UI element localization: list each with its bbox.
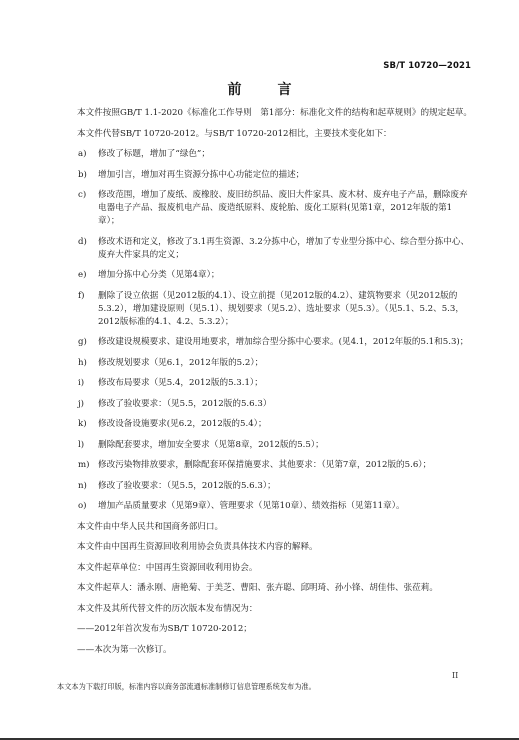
statement-drafting-unit: 本文件起草单位：中国再生资源回收利用协会。 — [57, 562, 473, 575]
list-item: b)增加引言，增加对再生资源分拣中心功能定位的描述； — [57, 169, 473, 182]
list-item-text: 增加产品质量要求（见第9章）、管理要求（见第10章）、绩效指标（见第11章）。 — [98, 500, 473, 513]
list-item-text: 修改建设规模要求、建设用地要求，增加综合型分拣中心要求。(见4.1，2012年版… — [98, 336, 473, 349]
list-marker: l) — [57, 439, 98, 452]
list-item-text: 增加引言，增加对再生资源分拣中心功能定位的描述； — [98, 169, 473, 182]
list-item: n)修改了验收要求：（见5.5，2012版的5.6.3）； — [57, 480, 473, 493]
list-item: l)删除配套要求，增加安全要求（见第8章，2012版的5.5）； — [57, 439, 473, 452]
list-item: i)修改布局要求（见5.4，2012版的5.3.1）； — [57, 377, 473, 390]
list-item-text: 删除了设立依据（见2012版的4.1）、设立前提（见2012版的4.2）、建筑物… — [98, 290, 473, 329]
list-item: o)增加产品质量要求（见第9章）、管理要求（见第10章）、绩效指标（见第11章）… — [57, 500, 473, 513]
list-item-text: 增加分拣中心分类（见第4章）； — [98, 269, 473, 282]
list-marker: i) — [57, 377, 98, 390]
list-item-text: 修改了验收要求：（见5.5，2012版的5.6.3） — [98, 398, 473, 411]
page-number: II — [452, 671, 458, 680]
list-marker: e) — [57, 269, 98, 282]
list-item: m)修改污染物排放要求，删除配套环保措施要求、其他要求：（见第7章，2012版的… — [57, 459, 473, 472]
list-item-text: 修改规划要求（见6.1，2012年版的5.2）； — [98, 357, 473, 370]
list-item: a)修改了标题，增加了“绿色”； — [57, 148, 473, 161]
intro-paragraph-2: 本文件代替SB/T 10720-2012。与SB/T 10720-2012相比，… — [57, 128, 473, 141]
statement-drafters: 本文件起草人：潘永刚、唐艳菊、于美芝、曹阳、张卉聪、邱明琦、孙小锋、胡佳伟、张莅… — [57, 582, 473, 595]
list-marker: b) — [57, 169, 98, 182]
list-item-text: 修改了标题，增加了“绿色”； — [98, 148, 473, 161]
changes-list: a)修改了标题，增加了“绿色”； b)增加引言，增加对再生资源分拣中心功能定位的… — [57, 148, 473, 513]
list-marker: g) — [57, 336, 98, 349]
list-item: c)修改范围，增加了废纸、废橡胶、废旧纺织品、废旧大件家具、废木材、废弃电子产品… — [57, 189, 473, 228]
statement-history-intro: 本文件及其所代替文件的历次版本发布情况为： — [57, 603, 473, 616]
list-marker: j) — [57, 398, 98, 411]
document-code: SB/T 10720—2021 — [383, 61, 471, 71]
list-marker: k) — [57, 418, 98, 431]
list-marker: o) — [57, 500, 98, 513]
list-item-text: 修改了验收要求：（见5.5，2012版的5.6.3）； — [98, 480, 473, 493]
history-item: ——2012年首次发布为SB/T 10720-2012； — [77, 623, 473, 636]
list-item-text: 修改设备设施要求(见6.2，2012版的5.4）； — [98, 418, 473, 431]
list-item-text: 修改布局要求（见5.4，2012版的5.3.1）； — [98, 377, 473, 390]
page-title: 前言 — [0, 79, 519, 99]
statement-administration: 本文件由中华人民共和国商务部归口。 — [57, 521, 473, 534]
list-item: j)修改了验收要求：（见5.5，2012版的5.6.3） — [57, 398, 473, 411]
list-marker: c) — [57, 189, 98, 228]
list-item: f)删除了设立依据（见2012版的4.1）、设立前提（见2012版的4.2）、建… — [57, 290, 473, 329]
list-item-text: 修改污染物排放要求，删除配套环保措施要求、其他要求：（见第7章，2012版的5.… — [98, 459, 473, 472]
list-marker: a) — [57, 148, 98, 161]
list-item: d)修改术语和定义，修改了3.1再生资源、3.2分拣中心，增加了专业型分拣中心、… — [57, 236, 473, 262]
list-marker: f) — [57, 290, 98, 329]
list-marker: h) — [57, 357, 98, 370]
list-item-text: 修改范围，增加了废纸、废橡胶、废旧纺织品、废旧大件家具、废木材、废弃电子产品，删… — [98, 189, 473, 228]
statement-interpretation: 本文件由中国再生资源回收利用协会负责具体技术内容的解释。 — [57, 541, 473, 554]
list-marker: n) — [57, 480, 98, 493]
list-item: e)增加分拣中心分类（见第4章）； — [57, 269, 473, 282]
list-item: h)修改规划要求（见6.1，2012年版的5.2）； — [57, 357, 473, 370]
intro-paragraph-1: 本文件按照GB/T 1.1-2020《标准化工作导则 第1部分：标准化文件的结构… — [57, 107, 473, 120]
history-item: ——本次为第一次修订。 — [77, 644, 473, 657]
title-char-1: 前 — [228, 79, 242, 99]
list-marker: m) — [57, 459, 98, 472]
title-char-2: 言 — [278, 79, 292, 99]
list-item: k)修改设备设施要求(见6.2，2012版的5.4）； — [57, 418, 473, 431]
list-item-text: 删除配套要求，增加安全要求（见第8章，2012版的5.5）； — [98, 439, 473, 452]
list-marker: d) — [57, 236, 98, 262]
list-item-text: 修改术语和定义，修改了3.1再生资源、3.2分拣中心，增加了专业型分拣中心、综合… — [98, 236, 473, 262]
list-item: g)修改建设规模要求、建设用地要求，增加综合型分拣中心要求。(见4.1，2012… — [57, 336, 473, 349]
footer-note: 本文本为下载打印版，标准内容以商务部流通标准制修订信息管理系统发布为准。 — [57, 682, 316, 692]
document-body: 本文件按照GB/T 1.1-2020《标准化工作导则 第1部分：标准化文件的结构… — [57, 107, 473, 664]
